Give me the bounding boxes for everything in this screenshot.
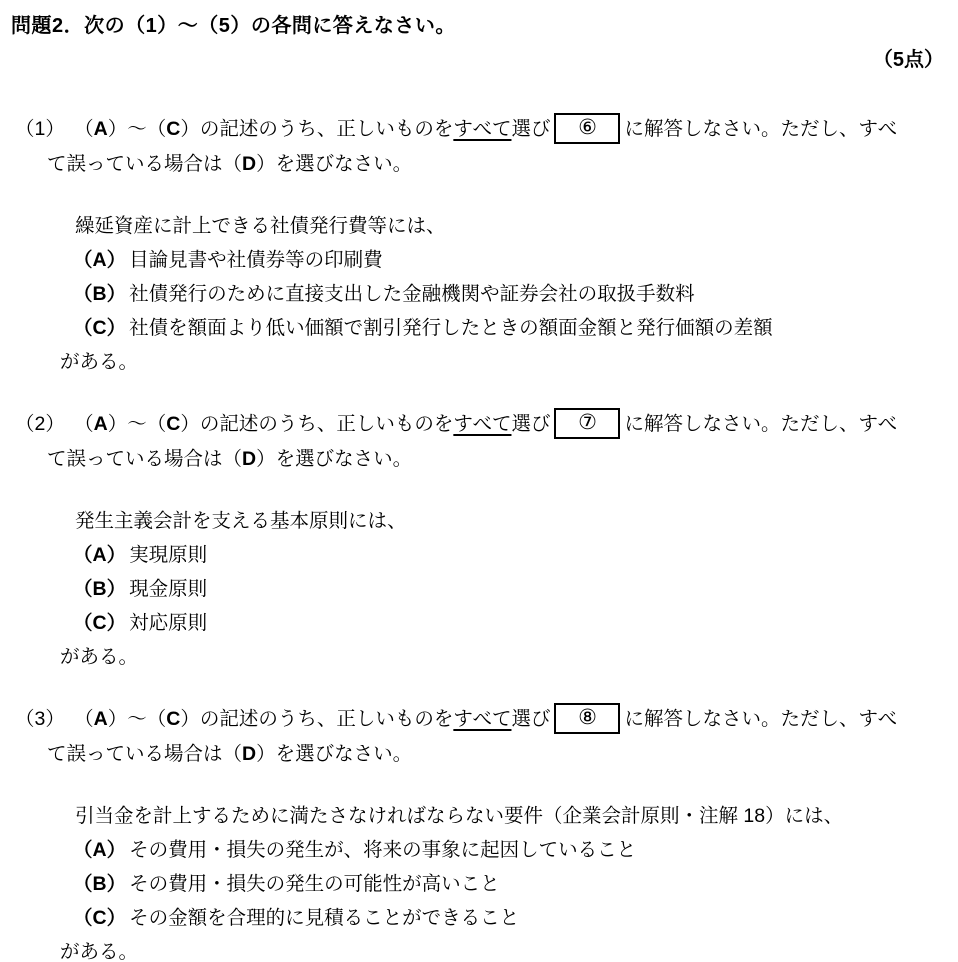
option-label: （C） — [73, 317, 126, 339]
option-a: （A）その費用・損失の発生が、将来の事象に起因していること — [73, 833, 958, 867]
text-segment: ）～（ — [108, 118, 167, 140]
question-2: （2）（A）～（C）の記述のうち、正しいものをすべて選び⑦に解答しなさい。ただし… — [0, 407, 958, 674]
text-segment: ）の記述のうち、正しいものを — [180, 118, 453, 140]
option-label: （B） — [73, 578, 126, 600]
text-segment: に解答しなさい。ただし、すべ — [624, 708, 897, 730]
text-segment: ）を選びなさい。 — [256, 153, 412, 175]
text-segment: ）～（ — [108, 413, 167, 435]
option-label: （B） — [73, 283, 126, 305]
underlined-emphasis: すべて — [453, 708, 511, 730]
question-2-instruction-line2: て誤っている場合は（D）を選びなさい。 — [47, 442, 958, 476]
answer-number-box-6: ⑥ — [554, 113, 620, 144]
option-text: その金額を合理的に見積ることができること — [129, 907, 519, 929]
question-number: （1） — [15, 118, 65, 140]
text-segment: て誤っている場合は（ — [47, 153, 242, 175]
text-segment: （ — [84, 118, 94, 140]
statement-closing: がある。 — [60, 345, 958, 379]
exam-page: 問題2．次の（1）～（5）の各問に答えなさい。 （5点） （1）（A）～（C）の… — [0, 0, 958, 962]
option-label: （B） — [73, 873, 126, 895]
answer-number-box-8: ⑧ — [554, 703, 620, 734]
option-text: その費用・損失の発生の可能性が高いこと — [129, 873, 500, 895]
option-text: 社債発行のために直接支出した金融機関や証券会社の取扱手数料 — [129, 283, 695, 305]
option-b: （B）その費用・損失の発生の可能性が高いこと — [73, 867, 958, 901]
text-segment: に解答しなさい。ただし、すべ — [624, 413, 897, 435]
option-b: （B）現金原則 — [73, 572, 958, 606]
option-c: （C）社債を額面より低い価額で割引発行したときの額面金額と発行価額の差額 — [73, 311, 958, 345]
option-label: （C） — [73, 612, 126, 634]
text-segment: 選び — [511, 708, 550, 730]
question-number: （2） — [15, 413, 65, 435]
option-label: （A） — [73, 544, 126, 566]
choice-letter-d: D — [242, 743, 256, 765]
text-segment: ）の記述のうち、正しいものを — [180, 413, 453, 435]
option-label: （A） — [73, 839, 126, 861]
option-text: 社債を額面より低い価額で割引発行したときの額面金額と発行価額の差額 — [129, 317, 773, 339]
statement-closing: がある。 — [60, 640, 958, 674]
page-title: 問題2．次の（1）～（5）の各問に答えなさい。 — [11, 12, 958, 40]
question-number: （3） — [15, 708, 65, 730]
question-1-instruction-line1: （1）（A）～（C）の記述のうち、正しいものをすべて選び⑥に解答しなさい。ただし… — [15, 112, 958, 147]
option-c: （C）その金額を合理的に見積ることができること — [73, 901, 958, 935]
option-c: （C）対応原則 — [73, 606, 958, 640]
choice-letter-a: A — [94, 413, 108, 435]
points-badge: （5点） — [0, 46, 944, 74]
text-segment: て誤っている場合は（ — [47, 743, 242, 765]
question-2-instruction-line1: （2）（A）～（C）の記述のうち、正しいものをすべて選び⑦に解答しなさい。ただし… — [15, 407, 958, 442]
option-text: 現金原則 — [129, 578, 207, 600]
text-segment: ）～（ — [108, 708, 167, 730]
question-1: （1）（A）～（C）の記述のうち、正しいものをすべて選び⑥に解答しなさい。ただし… — [0, 112, 958, 379]
option-a: （A）実現原則 — [73, 538, 958, 572]
underlined-emphasis: すべて — [453, 413, 511, 435]
statement-intro: 繰延資産に計上できる社債発行費等には、 — [75, 209, 958, 243]
text-segment: に解答しなさい。ただし、すべ — [624, 118, 897, 140]
text-segment: ）を選びなさい。 — [256, 743, 412, 765]
option-label: （A） — [73, 249, 126, 271]
option-text: その費用・損失の発生が、将来の事象に起因していること — [129, 839, 636, 861]
statement-intro: 引当金を計上するために満たさなければならない要件（企業会計原則・注解 18）には… — [75, 799, 958, 833]
choice-letter-a: A — [94, 708, 108, 730]
text-segment: 選び — [511, 118, 550, 140]
question-3-instruction-line1: （3）（A）～（C）の記述のうち、正しいものをすべて選び⑧に解答しなさい。ただし… — [15, 702, 958, 737]
option-text: 対応原則 — [129, 612, 207, 634]
text-segment: （ — [84, 413, 94, 435]
text-segment: 選び — [511, 413, 550, 435]
statement-closing: がある。 — [60, 935, 958, 962]
choice-letter-c: C — [166, 708, 180, 730]
question-3: （3）（A）～（C）の記述のうち、正しいものをすべて選び⑧に解答しなさい。ただし… — [0, 702, 958, 962]
text-segment: ）の記述のうち、正しいものを — [180, 708, 453, 730]
option-text: 目論見書や社債券等の印刷費 — [129, 249, 383, 271]
choice-letter-c: C — [166, 413, 180, 435]
question-3-instruction-line2: て誤っている場合は（D）を選びなさい。 — [47, 737, 958, 771]
underlined-emphasis: すべて — [453, 118, 511, 140]
choice-letter-a: A — [94, 118, 108, 140]
choice-letter-d: D — [242, 153, 256, 175]
option-a: （A）目論見書や社債券等の印刷費 — [73, 243, 958, 277]
statement-intro: 発生主義会計を支える基本原則には、 — [75, 504, 958, 538]
text-segment: て誤っている場合は（ — [47, 448, 242, 470]
option-text: 実現原則 — [129, 544, 207, 566]
question-1-instruction-line2: て誤っている場合は（D）を選びなさい。 — [47, 147, 958, 181]
text-segment: ）を選びなさい。 — [256, 448, 412, 470]
choice-letter-d: D — [242, 448, 256, 470]
option-label: （C） — [73, 907, 126, 929]
choice-letter-c: C — [166, 118, 180, 140]
text-segment: （ — [84, 708, 94, 730]
answer-number-box-7: ⑦ — [554, 408, 620, 439]
option-b: （B）社債発行のために直接支出した金融機関や証券会社の取扱手数料 — [73, 277, 958, 311]
